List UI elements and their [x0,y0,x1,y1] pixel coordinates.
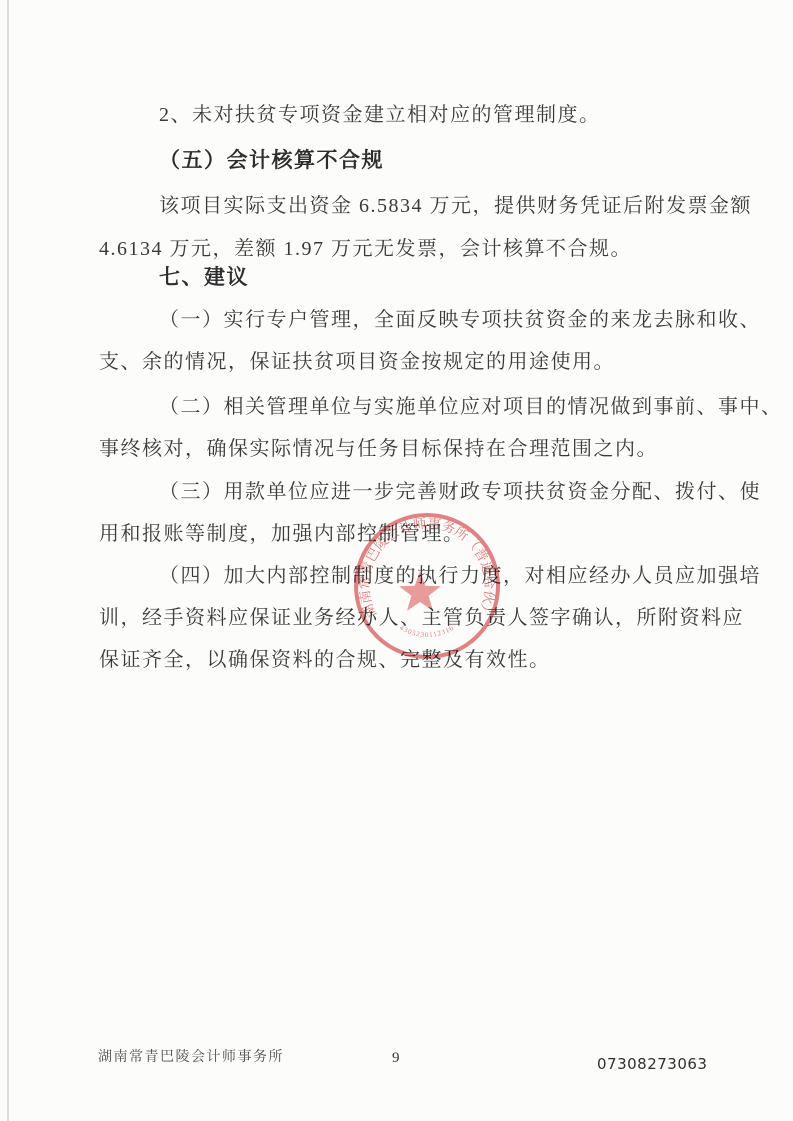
company-seal-stamp: 湖南常青巴陵会计师事务所（普通合伙） 4305230112316 [351,510,504,663]
doc-line: （一）实行专户管理，全面反映专项扶贫资金的来龙去脉和收、 [159,309,761,331]
doc-line: （三）用款单位应进一步完善财政专项扶贫资金分配、拨付、使 [159,481,761,503]
seal-star-icon [399,571,441,611]
seal-serial-number: 4305230112316 [398,624,455,639]
doc-line: 该项目实际支出资金 6.5834 万元，提供财务凭证后附发票金额 [159,195,752,217]
footer-phone-number: 07308273063 [597,1055,707,1073]
scanned-report-page: 2、未对扶贫专项资金建立相对应的管理制度。 （五）会计核算不合规 该项目实际支出… [0,0,793,1121]
section-heading: （五）会计核算不合规 [159,149,384,171]
doc-line: 2、未对扶贫专项资金建立相对应的管理制度。 [159,104,601,126]
section-heading: 七、建议 [159,266,249,288]
scan-edge-artifact [7,0,9,1121]
doc-line: （二）相关管理单位与实施单位应对项目的情况做到事前、事中、 [159,396,783,418]
doc-line: 4.6134 万元，差额 1.97 万元无发票，会计核算不合规。 [99,238,632,260]
doc-line: 支、余的情况，保证扶贫项目资金按规定的用途使用。 [99,351,615,373]
doc-line: 事终核对，确保实际情况与任务目标保持在合理范围之内。 [99,438,658,460]
footer-firm-name: 湖南常青巴陵会计师事务所 [98,1046,284,1066]
footer-page-number: 9 [392,1050,400,1067]
